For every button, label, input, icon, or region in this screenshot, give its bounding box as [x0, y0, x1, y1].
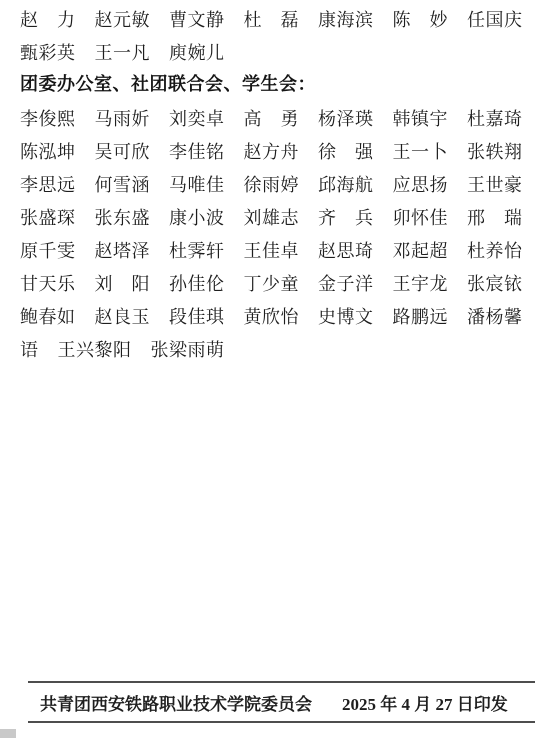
person-name: 甄彩英 — [20, 39, 76, 65]
name-row: 李思远何雪涵马唯佳徐雨婷邱海航应思扬王世豪 — [20, 167, 544, 200]
person-name: 赵方舟 — [244, 138, 300, 164]
person-name: 潘杨馨 — [467, 303, 523, 329]
person-name: 李思远 — [20, 171, 76, 197]
org-name-list: 李俊熙马雨妡刘奕卓高 勇杨泽瑛韩镇宇杜嘉琦陈泓坤吴可欣李佳铭赵方舟徐 强王一卜张… — [20, 101, 544, 365]
person-name: 应思扬 — [393, 171, 449, 197]
person-name: 刘 阳 — [95, 270, 151, 296]
section-heading: 团委办公室、社团联合会、学生会： — [20, 68, 544, 101]
person-name: 丁少童 — [244, 270, 300, 296]
person-name: 赵元敏 — [95, 6, 151, 32]
person-name: 黄欣怡 — [244, 303, 300, 329]
person-name: 赵思琦 — [318, 237, 374, 263]
person-name: 刘奕卓 — [169, 105, 225, 131]
footer-rule-bottom — [28, 721, 535, 723]
person-name: 庾婉儿 — [169, 39, 225, 65]
person-name: 段佳琪 — [169, 303, 225, 329]
person-name: 王一卜 — [393, 138, 449, 164]
person-name: 史博文 — [318, 303, 374, 329]
person-name: 赵塔泽 — [95, 237, 151, 263]
footer-imprint: 共青团西安铁路职业技术学院委员会 2025 年 4 月 27 日印发 — [28, 681, 535, 723]
person-name: 金子洋 — [318, 270, 374, 296]
name-row: 陈泓坤吴可欣李佳铭赵方舟徐 强王一卜张轶翔 — [20, 134, 544, 167]
person-name: 张宸铱 — [467, 270, 523, 296]
document-page: 赵 力赵元敏曹文静杜 磊康海滨陈 妙任国庆甄彩英王一凡庾婉儿 团委办公室、社团联… — [0, 0, 554, 738]
person-name: 张轶翔 — [467, 138, 523, 164]
person-name: 齐 兵 — [318, 204, 374, 230]
person-name: 王世豪 — [467, 171, 523, 197]
person-name: 李俊熙 — [20, 105, 76, 131]
name-row: 原千雯赵塔泽杜霁轩王佳卓赵思琦邓起超杜养怡 — [20, 233, 544, 266]
person-name: 陈 妙 — [393, 6, 449, 32]
person-name: 杜嘉琦 — [467, 105, 523, 131]
person-name: 邓起超 — [393, 237, 449, 263]
person-name: 王宇龙 — [393, 270, 449, 296]
person-name: 任国庆 — [467, 6, 523, 32]
person-name: 杜养怡 — [467, 237, 523, 263]
person-name: 王佳卓 — [244, 237, 300, 263]
person-name: 赵良玉 — [95, 303, 151, 329]
person-name: 赵 力 — [20, 6, 76, 32]
person-name: 李佳铭 — [169, 138, 225, 164]
person-name: 张盛琛 — [20, 204, 76, 230]
person-name: 张东盛 — [95, 204, 151, 230]
person-name: 孙佳伦 — [169, 270, 225, 296]
name-row: 鲍春如赵良玉段佳琪黄欣怡史博文路鹏远潘杨馨 — [20, 299, 544, 332]
person-name: 张梁雨萌 — [151, 336, 225, 362]
person-name: 康海滨 — [318, 6, 374, 32]
person-name: 马雨妡 — [95, 105, 151, 131]
person-name: 卯怀佳 — [393, 204, 449, 230]
person-name: 韩镇宇 — [393, 105, 449, 131]
person-name: 杨泽瑛 — [318, 105, 374, 131]
person-name: 鲍春如 — [20, 303, 76, 329]
person-name: 何雪涵 — [95, 171, 151, 197]
person-name: 康小波 — [169, 204, 225, 230]
name-row: 李俊熙马雨妡刘奕卓高 勇杨泽瑛韩镇宇杜嘉琦 — [20, 101, 544, 134]
footer-text: 共青团西安铁路职业技术学院委员会 2025 年 4 月 27 日印发 — [28, 683, 535, 721]
person-name: 王兴黎阳 — [58, 336, 132, 362]
person-name: 语 — [20, 336, 39, 362]
person-name: 原千雯 — [20, 237, 76, 263]
document-body: 赵 力赵元敏曹文静杜 磊康海滨陈 妙任国庆甄彩英王一凡庾婉儿 团委办公室、社团联… — [0, 0, 554, 365]
name-row: 语王兴黎阳张梁雨萌 — [20, 332, 544, 365]
top-name-list: 赵 力赵元敏曹文静杜 磊康海滨陈 妙任国庆甄彩英王一凡庾婉儿 — [20, 2, 544, 68]
scan-artifact — [0, 729, 16, 738]
person-name: 马唯佳 — [169, 171, 225, 197]
name-row: 张盛琛张东盛康小波刘雄志齐 兵卯怀佳邢 瑞 — [20, 200, 544, 233]
name-row: 甘天乐刘 阳孙佳伦丁少童金子洋王宇龙张宸铱 — [20, 266, 544, 299]
name-row: 甄彩英王一凡庾婉儿 — [20, 35, 544, 68]
person-name: 杜霁轩 — [169, 237, 225, 263]
person-name: 吴可欣 — [95, 138, 151, 164]
person-name: 高 勇 — [244, 105, 300, 131]
person-name: 王一凡 — [95, 39, 151, 65]
issuer-name: 共青团西安铁路职业技术学院委员会 — [40, 690, 312, 715]
person-name: 曹文静 — [169, 6, 225, 32]
name-row: 赵 力赵元敏曹文静杜 磊康海滨陈 妙任国庆 — [20, 2, 544, 35]
issue-date: 2025 年 4 月 27 日印发 — [342, 690, 508, 715]
person-name: 邱海航 — [318, 171, 374, 197]
person-name: 刘雄志 — [244, 204, 300, 230]
person-name: 陈泓坤 — [20, 138, 76, 164]
person-name: 杜 磊 — [244, 6, 300, 32]
person-name: 徐雨婷 — [244, 171, 300, 197]
person-name: 邢 瑞 — [467, 204, 523, 230]
person-name: 路鹏远 — [393, 303, 449, 329]
person-name: 徐 强 — [318, 138, 374, 164]
person-name: 甘天乐 — [20, 270, 76, 296]
